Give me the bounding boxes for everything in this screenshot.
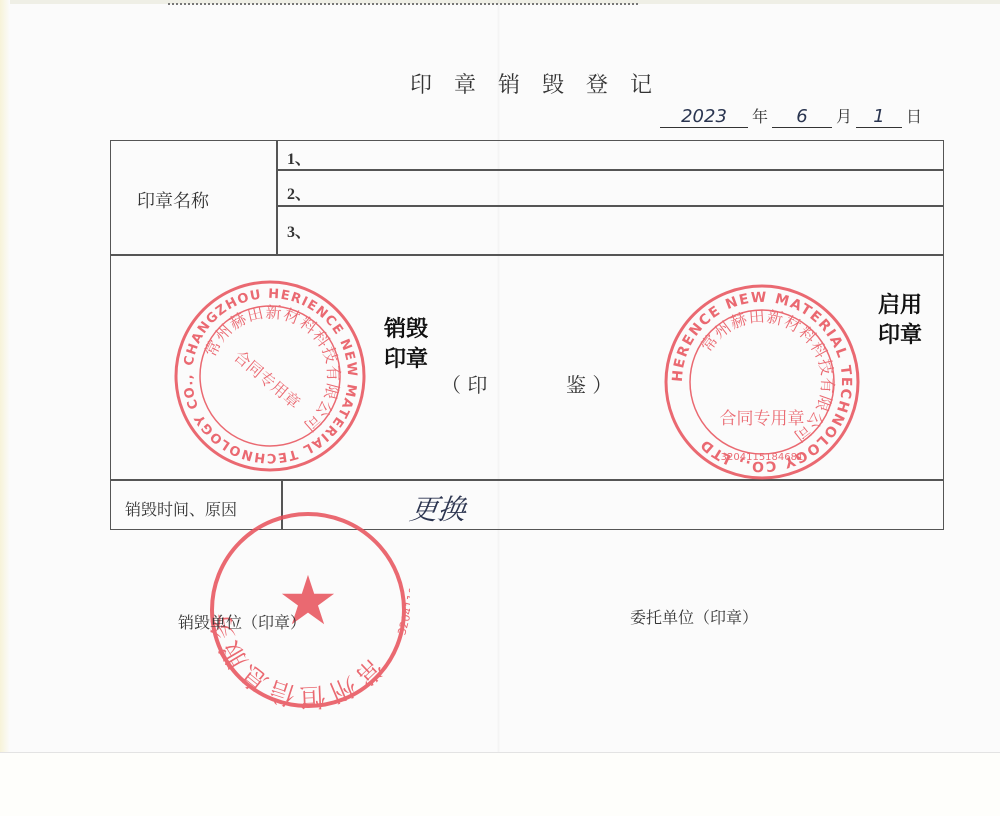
destroyed-seal-label-line2: 印章 [384, 345, 428, 375]
seal-name-row-2: 2、 [287, 181, 311, 204]
seal-name-label: 印章名称 [137, 187, 209, 213]
enabled-seal-label-line2: 印章 [878, 321, 922, 351]
date-year-label: 年 [752, 107, 768, 126]
divider [276, 169, 943, 171]
svg-text:合同专用章: 合同专用章 [720, 408, 805, 429]
destroyed-seal-label-line1: 销毁 [384, 315, 428, 345]
svg-text:3204115184681: 3204115184681 [721, 452, 804, 463]
destroyed-seal-label: 销毁 印章 [384, 315, 428, 375]
date-day-value: 1 [856, 106, 902, 128]
paper-bottom-margin [0, 752, 1000, 816]
divider [276, 205, 943, 207]
divider [111, 254, 943, 256]
seal-name-row-3: 3、 [287, 219, 311, 242]
paper-left-edge [0, 0, 10, 760]
perforation-line [168, 3, 638, 5]
destroying-unit-label: 销毁单位（印章） [178, 610, 306, 633]
enabled-seal-stamp: HERENCE NEW MATERIAL TECHNOLOGY CO., LTD… [662, 282, 862, 482]
svg-text:合同专用章: 合同专用章 [230, 346, 304, 412]
date-line: 2023年6月1日 [660, 104, 926, 128]
enabled-seal-label: 启用 印章 [878, 291, 922, 351]
enabled-seal-label-line1: 启用 [878, 291, 922, 321]
divider [276, 141, 278, 255]
entrusting-unit-label: 委托单位（印章） [630, 605, 758, 628]
date-month-value: 6 [772, 106, 832, 128]
document-title: 印章销毁登记 [410, 68, 674, 99]
destroyed-seal-stamp: CHANGZHOU HERIENCE NEW MATERIAL TECHNOLO… [172, 278, 368, 474]
impression-label-close: 鉴 ） [566, 369, 612, 398]
impression-label-open: （ 印 [441, 369, 487, 398]
date-year-value: 2023 [660, 106, 748, 128]
destroy-reason-value: 更换 [407, 488, 469, 528]
date-month-label: 月 [836, 107, 852, 126]
seal-name-row-1: 1、 [287, 146, 311, 169]
date-day-label: 日 [906, 107, 922, 126]
